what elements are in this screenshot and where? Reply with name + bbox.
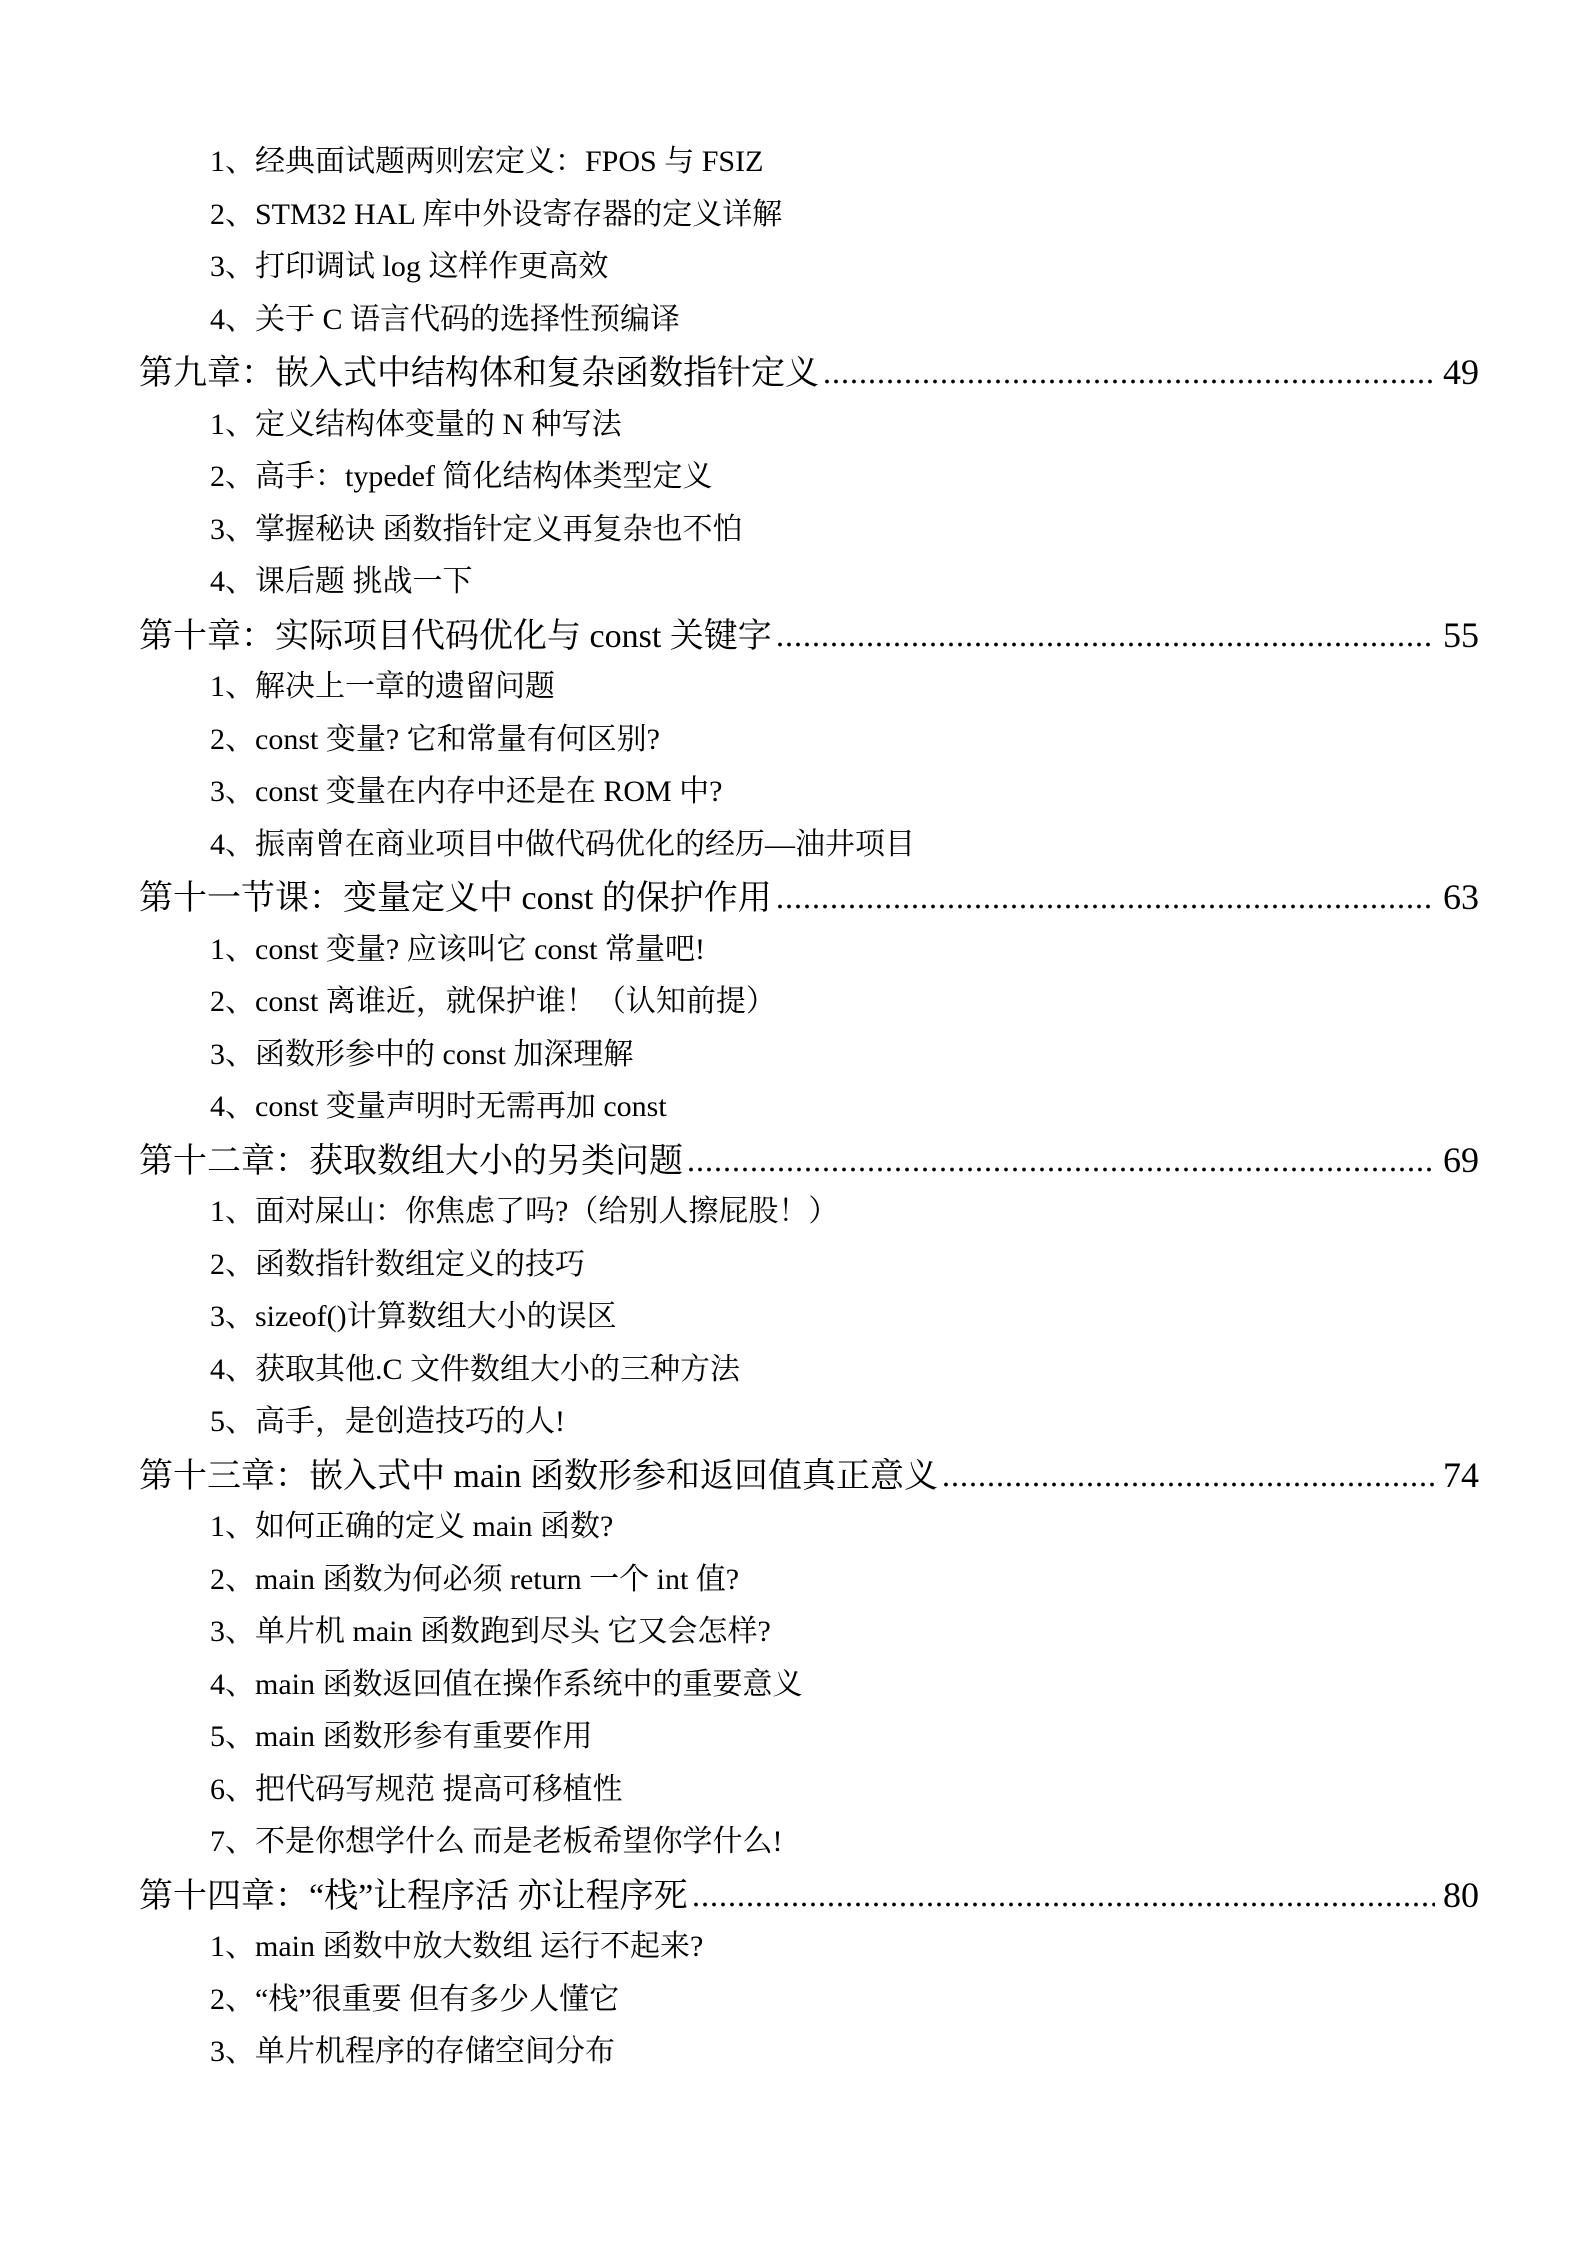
toc-item-text: 3、sizeof()计算数组大小的误区	[210, 1300, 617, 1333]
page-number: 49	[1443, 346, 1479, 399]
toc-item: 4、振南曾在商业项目中做代码优化的经历—油井项目	[0, 819, 1587, 872]
toc-item: 3、打印调试 log 这样作更高效	[0, 241, 1587, 294]
toc-item-text: 6、把代码写规范 提高可移植性	[210, 1773, 623, 1806]
toc-chapter-row: 第十章：实际项目代码优化与 const 关键字 55	[0, 609, 1587, 662]
toc-item: 7、不是你想学什么 而是老板希望你学什么!	[0, 1816, 1587, 1869]
toc-item: 3、const 变量在内存中还是在 ROM 中?	[0, 766, 1587, 819]
toc-item-text: 2、const 离谁近，就保护谁！（认知前提）	[210, 985, 776, 1018]
toc-item-text: 1、const 变量? 应该叫它 const 常量吧!	[210, 933, 705, 966]
toc-item: 6、把代码写规范 提高可移植性	[0, 1764, 1587, 1817]
toc-item: 2、STM32 HAL 库中外设寄存器的定义详解	[0, 189, 1587, 242]
toc-item: 4、关于 C 语言代码的选择性预编译	[0, 294, 1587, 347]
toc-item: 4、const 变量声明时无需再加 const	[0, 1081, 1587, 1134]
chapter-title: 第十章：实际项目代码优化与 const 关键字	[139, 611, 772, 664]
page-number: 74	[1443, 1449, 1479, 1502]
toc-item-text: 3、掌握秘诀 函数指针定义再复杂也不怕	[210, 513, 743, 546]
toc-chapter-row: 第十四章：“栈”让程序活 亦让程序死 80	[0, 1869, 1587, 1922]
toc-item: 5、高手，是创造技巧的人!	[0, 1396, 1587, 1449]
toc-item: 2、函数指针数组定义的技巧	[0, 1239, 1587, 1292]
toc-item-text: 4、获取其他.C 文件数组大小的三种方法	[210, 1353, 740, 1386]
toc-item-text: 1、经典面试题两则宏定义：FPOS 与 FSIZ	[210, 145, 763, 178]
chapter-title: 第九章：嵌入式中结构体和复杂函数指针定义	[139, 348, 819, 401]
toc-item-text: 4、振南曾在商业项目中做代码优化的经历—油井项目	[210, 828, 915, 861]
toc-item-text: 2、const 变量? 它和常量有何区别?	[210, 723, 660, 756]
toc-chapter-row: 第十二章：获取数组大小的另类问题 69	[0, 1134, 1587, 1187]
toc-item-text: 4、const 变量声明时无需再加 const	[210, 1090, 667, 1123]
toc-item: 2、main 函数为何必须 return 一个 int 值?	[0, 1554, 1587, 1607]
toc-item-text: 4、main 函数返回值在操作系统中的重要意义	[210, 1668, 803, 1701]
toc-chapter-row: 第九章：嵌入式中结构体和复杂函数指针定义 49	[0, 346, 1587, 399]
page-number: 63	[1443, 871, 1479, 924]
toc-item-text: 5、main 函数形参有重要作用	[210, 1720, 593, 1753]
toc-item-text: 3、打印调试 log 这样作更高效	[210, 250, 608, 283]
chapter-title: 第十一节课：变量定义中 const 的保护作用	[139, 873, 772, 926]
toc-item: 1、经典面试题两则宏定义：FPOS 与 FSIZ	[0, 136, 1587, 189]
toc-item-text: 5、高手，是创造技巧的人!	[210, 1405, 565, 1438]
page-number: 80	[1443, 1869, 1479, 1922]
toc-item: 3、单片机程序的存储空间分布	[0, 2026, 1587, 2079]
toc-item-text: 1、面对屎山：你焦虑了吗?（给别人擦屁股！）	[210, 1195, 838, 1228]
toc-item: 2、“栈”很重要 但有多少人懂它	[0, 1974, 1587, 2027]
toc-item-text: 2、main 函数为何必须 return 一个 int 值?	[210, 1563, 739, 1596]
toc-item: 4、获取其他.C 文件数组大小的三种方法	[0, 1344, 1587, 1397]
dot-leader	[692, 1902, 1435, 1907]
toc-item: 4、main 函数返回值在操作系统中的重要意义	[0, 1659, 1587, 1712]
table-of-contents-page: 1、经典面试题两则宏定义：FPOS 与 FSIZ 2、STM32 HAL 库中外…	[0, 0, 1587, 2079]
toc-item: 2、高手：typedef 简化结构体类型定义	[0, 451, 1587, 504]
toc-item-text: 3、单片机程序的存储空间分布	[210, 2035, 615, 2068]
toc-item-text: 1、如何正确的定义 main 函数?	[210, 1510, 613, 1543]
toc-item: 4、课后题 挑战一下	[0, 556, 1587, 609]
toc-item: 3、sizeof()计算数组大小的误区	[0, 1291, 1587, 1344]
toc-item: 1、面对屎山：你焦虑了吗?（给别人擦屁股！）	[0, 1186, 1587, 1239]
toc-item: 1、定义结构体变量的 N 种写法	[0, 399, 1587, 452]
toc-item: 1、解决上一章的遗留问题	[0, 661, 1587, 714]
toc-item-text: 1、main 函数中放大数组 运行不起来?	[210, 1930, 703, 1963]
toc-item-text: 4、课后题 挑战一下	[210, 565, 473, 598]
toc-item: 3、单片机 main 函数跑到尽头 它又会怎样?	[0, 1606, 1587, 1659]
dot-leader	[942, 1482, 1435, 1487]
toc-item-text: 4、关于 C 语言代码的选择性预编译	[210, 303, 680, 336]
toc-item: 1、如何正确的定义 main 函数?	[0, 1501, 1587, 1554]
dot-leader	[776, 904, 1435, 909]
toc-item-text: 3、函数形参中的 const 加深理解	[210, 1038, 633, 1071]
toc-item: 2、const 离谁近，就保护谁！（认知前提）	[0, 976, 1587, 1029]
toc-item: 2、const 变量? 它和常量有何区别?	[0, 714, 1587, 767]
chapter-title: 第十四章：“栈”让程序活 亦让程序死	[139, 1871, 688, 1924]
toc-item-text: 2、“栈”很重要 但有多少人懂它	[210, 1983, 619, 2016]
toc-item-text: 2、函数指针数组定义的技巧	[210, 1248, 585, 1281]
toc-item: 3、掌握秘诀 函数指针定义再复杂也不怕	[0, 504, 1587, 557]
toc-item-text: 1、解决上一章的遗留问题	[210, 670, 555, 703]
toc-item-text: 2、高手：typedef 简化结构体类型定义	[210, 460, 712, 493]
chapter-title: 第十三章：嵌入式中 main 函数形参和返回值真正意义	[139, 1451, 938, 1504]
toc-item: 3、函数形参中的 const 加深理解	[0, 1029, 1587, 1082]
toc-item: 5、main 函数形参有重要作用	[0, 1711, 1587, 1764]
page-number: 55	[1443, 609, 1479, 662]
toc-chapter-row: 第十三章：嵌入式中 main 函数形参和返回值真正意义 74	[0, 1449, 1587, 1502]
toc-item: 1、const 变量? 应该叫它 const 常量吧!	[0, 924, 1587, 977]
dot-leader	[776, 642, 1435, 647]
dot-leader	[687, 1167, 1435, 1172]
chapter-title: 第十二章：获取数组大小的另类问题	[139, 1136, 683, 1189]
toc-item-text: 3、const 变量在内存中还是在 ROM 中?	[210, 775, 723, 808]
toc-item: 1、main 函数中放大数组 运行不起来?	[0, 1921, 1587, 1974]
toc-item-text: 7、不是你想学什么 而是老板希望你学什么!	[210, 1825, 783, 1858]
toc-item-text: 1、定义结构体变量的 N 种写法	[210, 408, 622, 441]
dot-leader	[823, 379, 1435, 384]
toc-item-text: 2、STM32 HAL 库中外设寄存器的定义详解	[210, 198, 782, 231]
toc-item-text: 3、单片机 main 函数跑到尽头 它又会怎样?	[210, 1615, 771, 1648]
toc-chapter-row: 第十一节课：变量定义中 const 的保护作用 63	[0, 871, 1587, 924]
page-number: 69	[1443, 1134, 1479, 1187]
